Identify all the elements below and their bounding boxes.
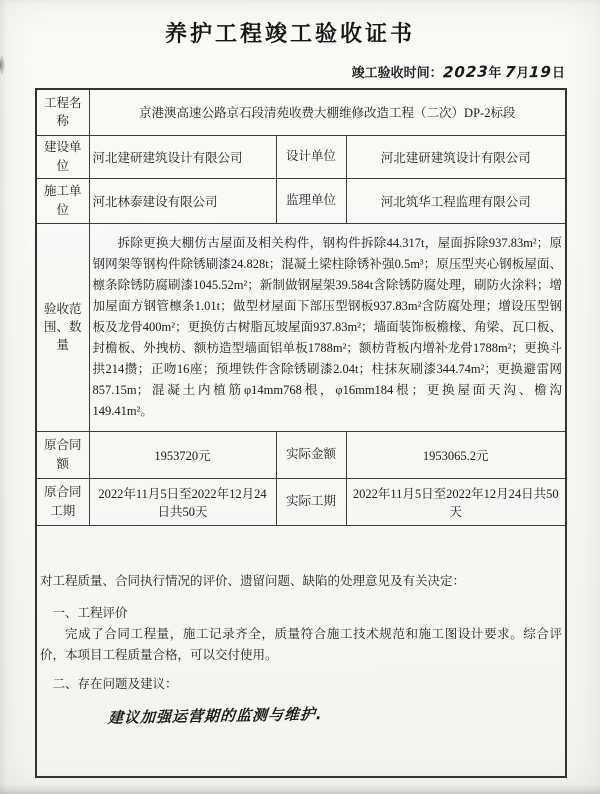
design-unit-value: 河北建研建筑设计有限公司	[346, 135, 566, 178]
page-title: 养护工程竣工验收证书	[0, 17, 580, 48]
construction-unit-value: 河北建研建筑设计有限公司	[89, 135, 276, 178]
contractor-unit-value: 河北林泰建设有限公司	[89, 178, 276, 223]
design-unit-label: 设计单位	[276, 135, 346, 178]
original-contract-period-value: 2022年11月5日至2022年12月24日共50天	[89, 478, 276, 525]
original-contract-amount-label: 原合同额	[36, 431, 89, 478]
row-units-2: 施工单位 河北林泰建设有限公司 监理单位 河北筑华工程监理有限公司	[36, 178, 566, 223]
row-periods: 原合同工期 2022年11月5日至2022年12月24日共50天 实际工期 20…	[36, 478, 566, 525]
row-units-1: 建设单位 河北建研建筑设计有限公司 设计单位 河北建研建筑设计有限公司	[36, 135, 566, 178]
acceptance-scope-value: 拆除更换大棚仿古屋面及相关构件，钢构件拆除44.317t，屋面拆除937.83m…	[89, 223, 566, 431]
evaluation-heading: 对工程质量、合同执行情况的评价、遗留问题、缺陷的处理意见及有关决定：	[40, 571, 562, 592]
scanned-certificate-page: 养护工程竣工验收证书 竣工验收时间：2023年 7月19日 工程名称 京港澳高速…	[0, 0, 600, 794]
project-name-label: 工程名称	[36, 89, 89, 135]
row-acceptance-scope: 验收范围、数量 拆除更换大棚仿古屋面及相关构件，钢构件拆除44.317t，屋面拆…	[36, 223, 566, 431]
original-contract-amount-value: 1953720元	[89, 431, 276, 478]
acceptance-time-line: 竣工验收时间：2023年 7月19日	[0, 62, 565, 81]
day-unit: 日	[552, 65, 565, 80]
contractor-unit-label: 施工单位	[36, 178, 89, 223]
acceptance-month-handwritten: 7	[504, 63, 516, 81]
supervision-unit-value: 河北筑华工程监理有限公司	[346, 178, 566, 223]
year-unit: 年	[488, 65, 501, 80]
evaluation-section2-title: 二、存在问题及建议：	[40, 674, 562, 695]
actual-amount-value: 1953065.2元	[346, 431, 566, 478]
month-unit: 月	[516, 65, 529, 80]
acceptance-scope-text: 拆除更换大棚仿古屋面及相关构件，钢构件拆除44.317t，屋面拆除937.83m…	[93, 233, 563, 422]
acceptance-scope-label: 验收范围、数量	[36, 223, 89, 431]
row-project-name: 工程名称 京港澳高速公路京石段清苑收费大棚维修改造工程（二次）DP-2标段	[36, 89, 566, 135]
evaluation-cell: 对工程质量、合同执行情况的评价、遗留问题、缺陷的处理意见及有关决定： 一、工程评…	[36, 525, 566, 777]
handwritten-note: 建议加强运营期的监测与维护.	[107, 702, 323, 731]
original-contract-period-label: 原合同工期	[36, 478, 89, 525]
row-amounts: 原合同额 1953720元 实际金额 1953065.2元	[36, 431, 566, 478]
project-name-value: 京港澳高速公路京石段清苑收费大棚维修改造工程（二次）DP-2标段	[89, 89, 566, 135]
actual-period-label: 实际工期	[276, 478, 346, 525]
acceptance-year-handwritten: 2023	[442, 63, 489, 82]
acceptance-day-handwritten: 19	[529, 63, 553, 81]
construction-unit-label: 建设单位	[36, 135, 89, 178]
certificate-table: 工程名称 京港澳高速公路京石段清苑收费大棚维修改造工程（二次）DP-2标段 建设…	[35, 88, 567, 778]
scan-edge-shadow	[0, 784, 600, 794]
acceptance-time-label: 竣工验收时间：	[352, 65, 443, 80]
supervision-unit-label: 监理单位	[276, 178, 346, 223]
actual-period-value: 2022年11月5日至2022年12月24日共50天	[346, 478, 566, 525]
actual-amount-label: 实际金额	[276, 431, 346, 478]
evaluation-section1-body: 完成了合同工程量，施工记录齐全，质量符合施工技术规范和施工图设计要求。综合评价，…	[40, 624, 562, 667]
evaluation-section1-title: 一、工程评价	[40, 603, 562, 624]
row-evaluation: 对工程质量、合同执行情况的评价、遗留问题、缺陷的处理意见及有关决定： 一、工程评…	[36, 525, 566, 777]
